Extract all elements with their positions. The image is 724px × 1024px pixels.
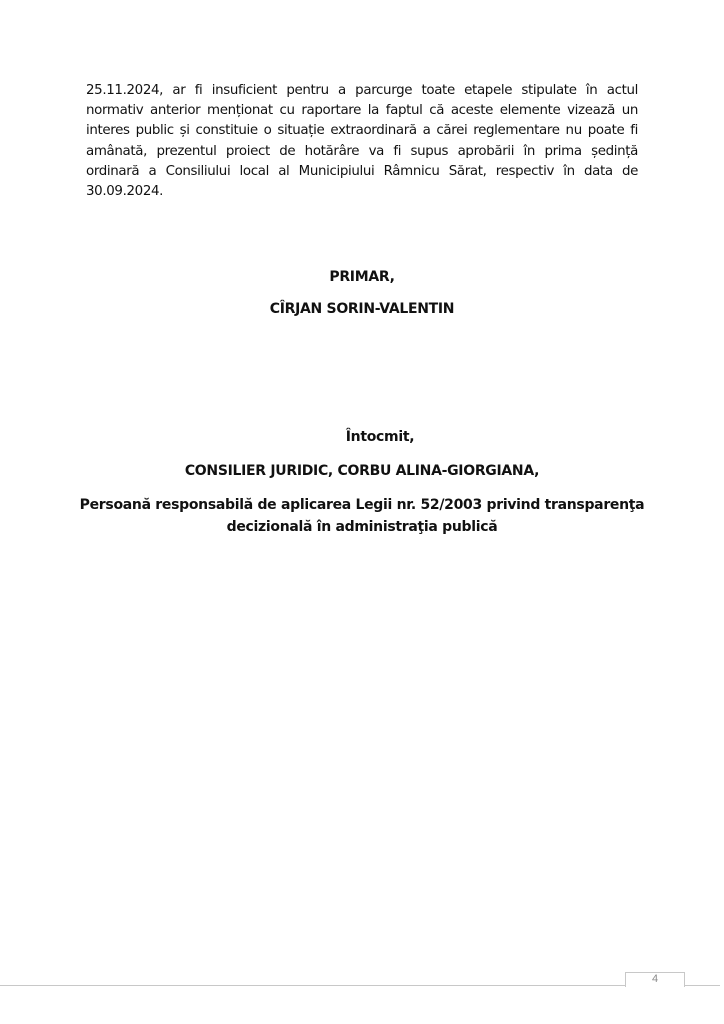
- paragraph-line: normativ anterior menționat cu raportare…: [86, 101, 638, 121]
- page-number: 4: [626, 973, 684, 985]
- body-paragraph: 25.11.2024, ar fi insuficient pentru a p…: [86, 81, 638, 202]
- responsible-line-1: Persoană responsabilă de aplicarea Legii…: [0, 497, 724, 513]
- mayor-title: PRIMAR,: [0, 269, 724, 285]
- paragraph-line: ordinară a Consiliului local al Municipi…: [86, 162, 638, 182]
- paragraph-line: 30.09.2024.: [86, 182, 638, 202]
- responsible-line-2: decizională în administraţia publică: [0, 519, 724, 535]
- paragraph-line: 25.11.2024, ar fi insuficient pentru a p…: [86, 81, 638, 101]
- paragraph-line: amânată, prezentul proiect de hotărâre v…: [86, 142, 638, 162]
- paragraph-line: interes public și constituie o situație …: [86, 121, 638, 141]
- footer-divider: [0, 985, 720, 986]
- page-number-box: 4: [625, 972, 685, 987]
- mayor-name: CÎRJAN SORIN-VALENTIN: [0, 301, 724, 317]
- prepared-label: Întocmit,: [18, 429, 724, 445]
- prepared-by: CONSILIER JURIDIC, CORBU ALINA-GIORGIANA…: [0, 463, 724, 479]
